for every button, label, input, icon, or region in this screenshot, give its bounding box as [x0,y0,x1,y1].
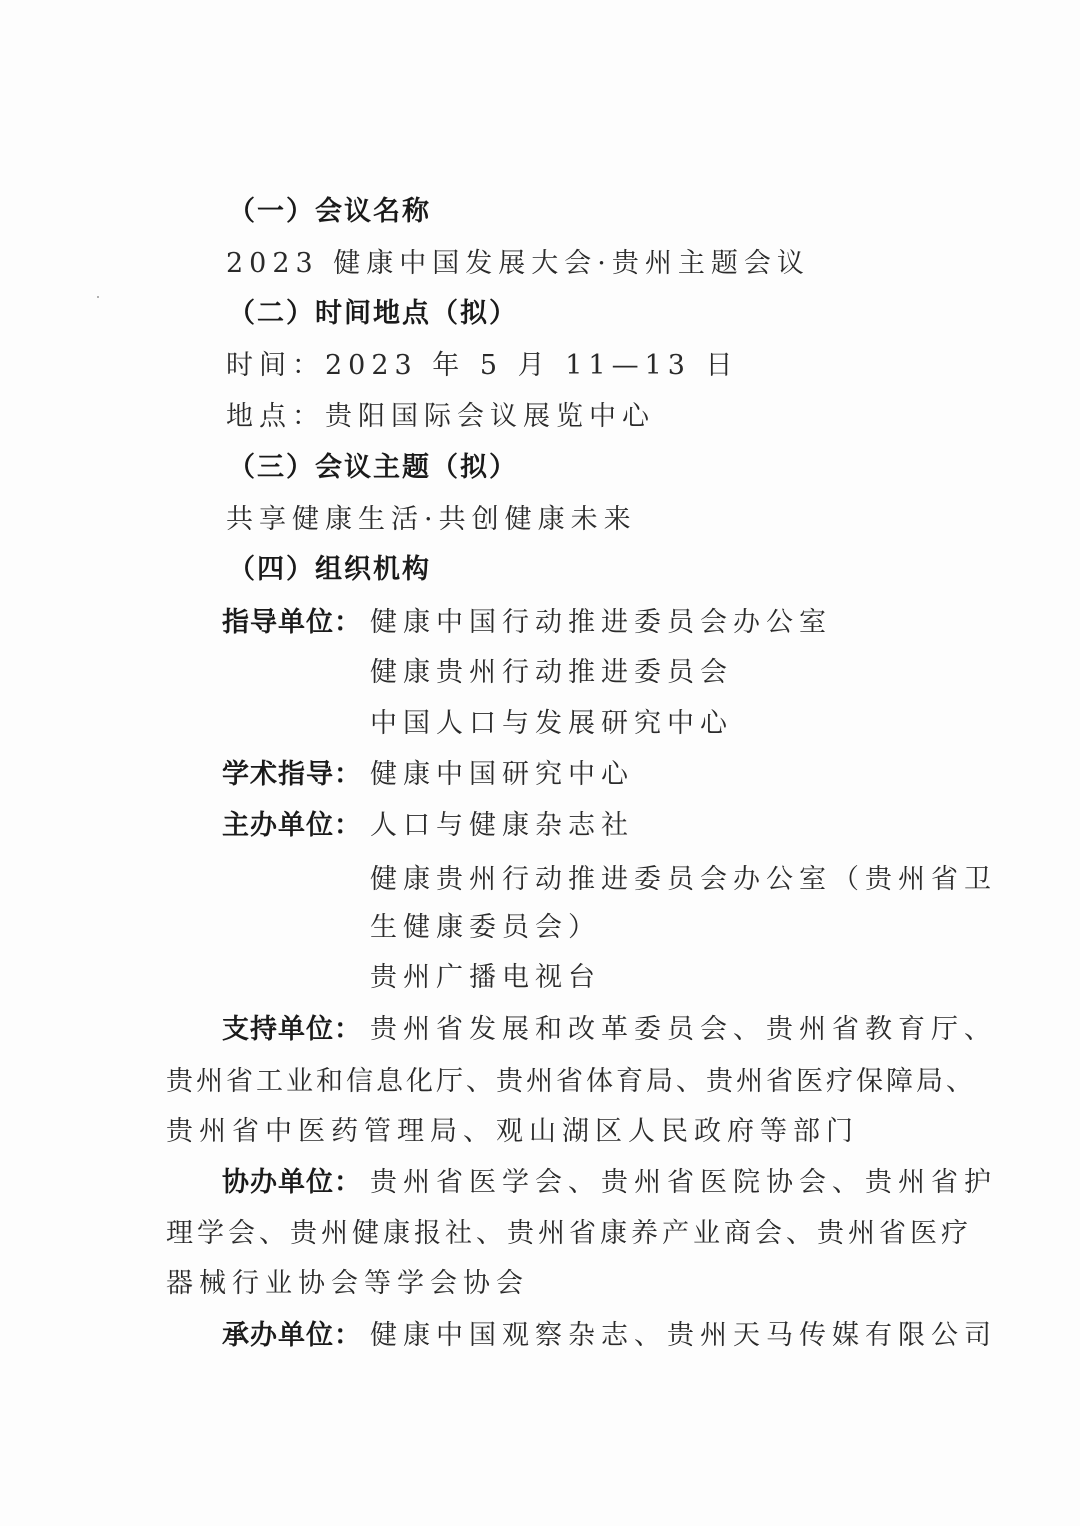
meeting-theme-text: 共享健康生活·共创健康未来 [226,500,637,540]
organizer-unit-text: 健康中国观察杂志、贵州天马传媒有限公司 [370,1316,997,1356]
academic-guidance-item: 健康中国研究中心 [370,755,634,795]
meeting-time-text: 时间：2023 年 5 月 11—13 日 [226,346,739,386]
guidance-unit-item: 中国人口与发展研究中心 [370,704,733,744]
meeting-name-text: 2023 健康中国发展大会·贵州主题会议 [226,244,810,284]
document-page: （一）会议名称 2023 健康中国发展大会·贵州主题会议 （二）时间地点（拟） … [0,0,1080,1526]
support-unit-label: 支持单位： [222,1010,362,1050]
guidance-unit-label: 指导单位： [222,603,362,643]
support-unit-text: 贵州省中医药管理局、观山湖区人民政府等部门 [166,1112,859,1152]
co-organizer-label: 协办单位： [222,1163,362,1203]
section-heading-meeting-name: （一）会议名称 [228,192,431,232]
host-unit-label: 主办单位： [222,806,362,846]
co-organizer-text: 理学会、贵州健康报社、贵州省康养产业商会、贵州省医疗 [166,1214,972,1254]
host-unit-item: 健康贵州行动推进委员会办公室（贵州省卫 [370,860,997,900]
co-organizer-text: 贵州省医学会、贵州省医院协会、贵州省护 [370,1163,997,1203]
co-organizer-text: 器械行业协会等学会协会 [166,1264,529,1304]
support-unit-text: 贵州省发展和改革委员会、贵州省教育厅、 [370,1010,997,1050]
organizer-unit-label: 承办单位： [222,1316,362,1356]
host-unit-item: 人口与健康杂志社 [370,806,634,846]
guidance-unit-item: 健康中国行动推进委员会办公室 [370,603,832,643]
guidance-unit-item: 健康贵州行动推进委员会 [370,653,733,693]
scan-speck [97,296,99,298]
academic-guidance-label: 学术指导： [222,755,362,795]
section-heading-time-place: （二）时间地点（拟） [228,294,518,334]
host-unit-item: 贵州广播电视台 [370,958,601,998]
support-unit-text: 贵州省工业和信息化厅、贵州省体育局、贵州省医疗保障局、 [166,1062,976,1102]
meeting-place-text: 地点：贵阳国际会议展览中心 [226,397,655,437]
section-heading-theme: （三）会议主题（拟） [228,448,518,488]
host-unit-item: 生健康委员会） [370,908,601,948]
section-heading-organization: （四）组织机构 [228,550,431,590]
